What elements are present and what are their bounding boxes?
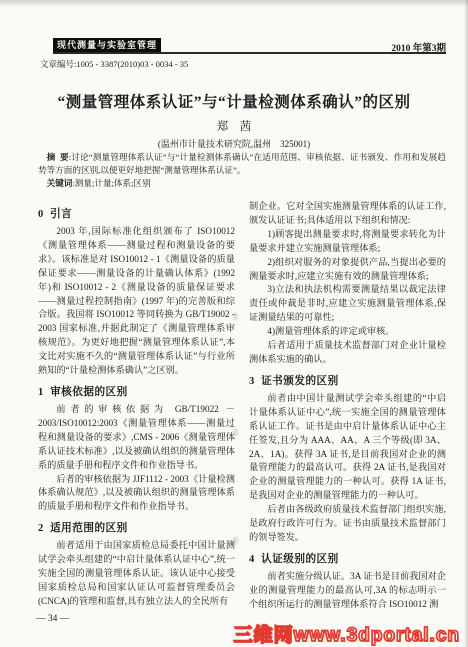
abstract-text: :讨论“测量管理体系认证”与“计量检测体系确认”在适用范围、审核依据、证书颁发、… [38,152,446,175]
section-heading-intro: 0 引言 [38,206,235,221]
body-paragraph-continuation: 制企业。它对全国实施测量管理体系的认证工作,颁发认证证书;具体适用以下组织和情况… [249,200,446,228]
body-paragraph: 前者的审核依据为 GB/T19022 － 2003/ISO10012:2003《… [38,403,235,473]
abstract-block: 摘 要:讨论“测量管理体系认证”与“计量检测体系确认”在适用范围、审核依据、证书… [38,151,446,190]
body-paragraph: 前者由中国计量测试学会牵头组建的“中启计量体系认证中心”,统一实施全国的测量管理… [249,392,446,503]
scan-edge-top [0,0,468,7]
scanned-paper-page: 现代测量与实验室管理 2010 年第3期 文章编号:1005 - 3387(20… [0,0,468,647]
keywords-text: :测量;计量;体系;区别 [72,178,150,188]
body-paragraph: 2)组织对服务的对象提供产品,当提出必要的测量要求时,应建立实施有效的测量管理体… [249,256,446,284]
abstract-line: 摘 要:讨论“测量管理体系认证”与“计量检测体系确认”在适用范围、审核依据、证书… [38,151,446,177]
body-paragraph: 2003 年,国际标准化组织颁布了 ISO10012《测量管理体系——测量过程和… [38,225,235,378]
body-paragraph: 4)测量管理体系的评定或审核。 [249,325,446,339]
body-paragraph: 前者实施分级认证。3A 证书是目前我国对企业的测量管理能力的最高认可,3A 的标… [249,570,446,612]
section-heading-1: 1 审核依据的区别 [38,384,235,399]
page-number: — 34 — [36,614,69,624]
abstract-label: 摘 要 [47,152,69,162]
body-paragraph: 后者由各级政府质量技术监督部门组织实施,是政府行政许可行为。证书由质量技术监督部… [249,503,446,545]
journal-title-banner: 现代测量与实验室管理 [53,38,161,53]
keywords-line: 关键词:测量;计量;体系;区别 [38,177,446,190]
section-heading-4: 4 认证级别的区别 [249,551,446,566]
article-number: 文章编号:1005 - 3387(2010)03 - 0034 - 35 [40,58,188,70]
author-name: 郑 茜 [0,118,468,134]
body-paragraph: 1)顾客提出测量要求时,将测量要求转化为计量要求并建立实施测量管理体系; [249,228,446,256]
body-paragraph: 前者适用于由国家质检总局委托中国计量测试学会牵头组建的“中启计量体系认证中心”,… [38,539,235,609]
section-heading-3: 3 证书颁发的区别 [249,373,446,388]
watermark: 三维网www.3dportal.cn [234,620,460,647]
column-left: 0 引言 2003 年,国际标准化组织颁布了 ISO10012《测量管理体系——… [38,200,235,616]
issue-label: 2010 年第3期 [391,40,446,54]
body-paragraph: 后者适用于质量技术监督部门对企业计量检测体系实施的确认。 [249,339,446,367]
keywords-label: 关键词 [47,178,73,188]
column-right: 制企业。它对全国实施测量管理体系的认证工作,颁发认证证书;具体适用以下组织和情况… [249,200,446,616]
header-rule [53,52,446,54]
body-columns: 0 引言 2003 年,国际标准化组织颁布了 ISO10012《测量管理体系——… [38,200,446,616]
body-paragraph: 后者的审核依据为 JJF1112 - 2003《计量检测体系确认规范》,以及被确… [38,473,235,515]
section-heading-2: 2 适用范围的区别 [38,520,235,535]
author-affiliation: (温州市计量技术研究院,温州 325001) [0,137,468,150]
paper-title: “测量管理体系认证”与“计量检测体系确认”的区别 [0,90,468,112]
body-paragraph: 3)立法和执法机构需要测量结果以裁定法律责任或仲裁是非时,应建立实施测量管理体系… [249,283,446,325]
